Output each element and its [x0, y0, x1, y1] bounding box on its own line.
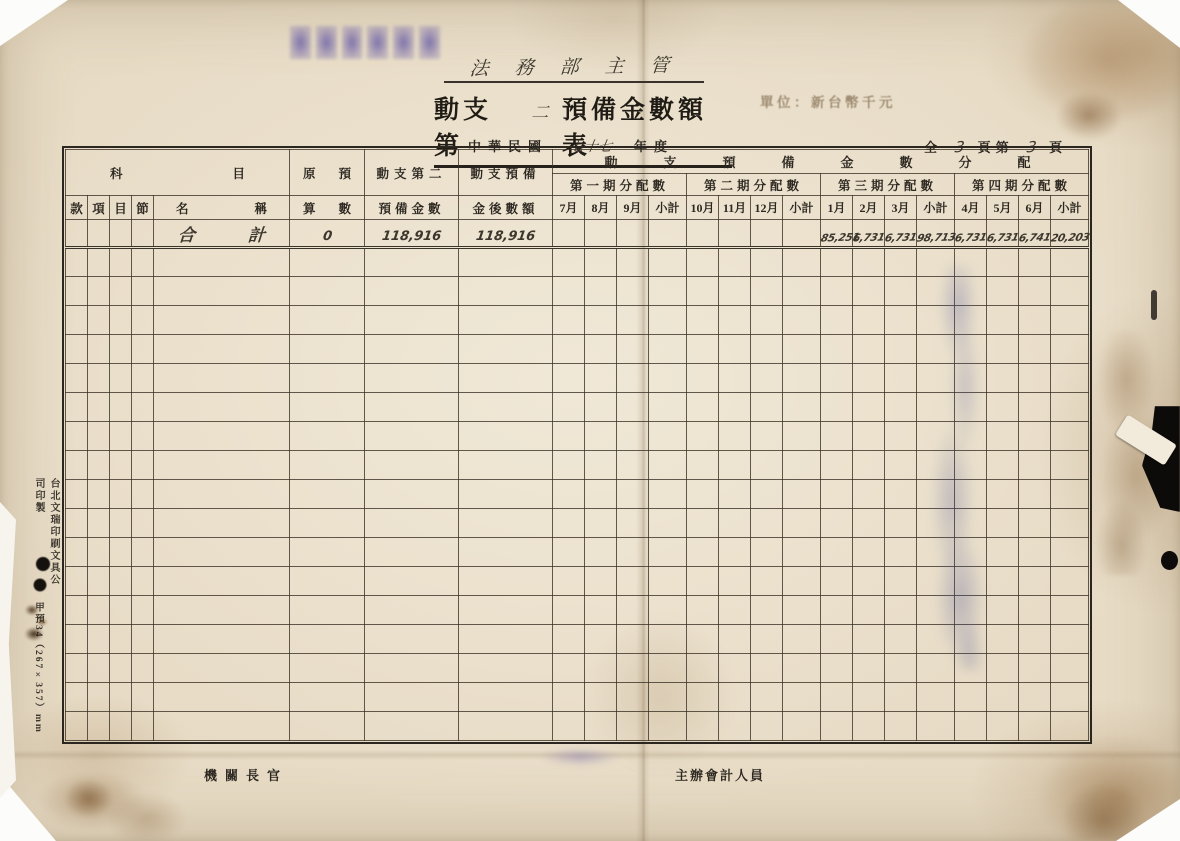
- empty-cell: [132, 248, 154, 277]
- header-row-3: 款 項 目 節 名 稱 算 數: [66, 196, 1089, 220]
- empty-cell: [553, 306, 585, 335]
- empty-cell: [687, 364, 719, 393]
- col-header-jie: 節: [132, 196, 154, 220]
- empty-cell: [821, 509, 853, 538]
- empty-cell: [853, 538, 885, 567]
- empty-cell: [687, 567, 719, 596]
- empty-cell: [687, 625, 719, 654]
- empty-row-3: [66, 306, 1089, 335]
- subject-header-left: 科: [110, 164, 123, 182]
- empty-cell: [751, 509, 783, 538]
- empty-cell: [853, 364, 885, 393]
- empty-cell: [459, 422, 553, 451]
- empty-cell: [459, 277, 553, 306]
- empty-cell: [955, 625, 987, 654]
- empty-cell: [459, 248, 553, 277]
- empty-cell: [687, 277, 719, 306]
- empty-cell: [365, 248, 459, 277]
- empty-cell: [154, 393, 290, 422]
- period-4-header: 第四期分配數: [955, 174, 1089, 196]
- empty-cell: [885, 422, 917, 451]
- period-1-header: 第一期分配數: [553, 174, 687, 196]
- empty-cell: [66, 712, 88, 741]
- empty-cell: [585, 625, 617, 654]
- department-heading: 法務部主管: [444, 52, 704, 83]
- empty-cell: [1019, 567, 1051, 596]
- budget-table-wrapper: 科 目 原 預 動支第二 動支預備 動支預備金數分配 第: [62, 146, 1092, 744]
- empty-cell: [459, 480, 553, 509]
- empty-cell: [154, 596, 290, 625]
- empty-cell: [821, 364, 853, 393]
- empty-cell: [88, 248, 110, 277]
- empty-cell: [821, 335, 853, 364]
- title-number-handwritten: 二: [530, 98, 551, 123]
- empty-cell: [365, 712, 459, 741]
- empty-cell: [365, 480, 459, 509]
- empty-cell: [154, 248, 290, 277]
- period-2-header: 第二期分配數: [687, 174, 821, 196]
- empty-cell: [783, 364, 821, 393]
- empty-cell: [955, 248, 987, 277]
- empty-cell: [88, 596, 110, 625]
- empty-cell: [821, 451, 853, 480]
- empty-cell: [365, 538, 459, 567]
- empty-cell: [617, 480, 649, 509]
- empty-cell: [553, 248, 585, 277]
- handwritten-value: 6,731: [954, 231, 988, 244]
- empty-cell: [783, 422, 821, 451]
- empty-cell: [132, 277, 154, 306]
- empty-cell: [885, 277, 917, 306]
- empty-cell: [987, 538, 1019, 567]
- empty-cell: [649, 654, 687, 683]
- empty-cell: [719, 567, 751, 596]
- empty-cell: [459, 509, 553, 538]
- empty-cell: [821, 654, 853, 683]
- subject-header-cell: 科 目: [66, 150, 290, 196]
- empty-cell: [955, 509, 987, 538]
- empty-cell: [955, 422, 987, 451]
- empty-cell: [365, 277, 459, 306]
- empty-cell: [751, 654, 783, 683]
- empty-cell: [783, 248, 821, 277]
- empty-cell: [553, 277, 585, 306]
- empty-cell: [110, 335, 132, 364]
- empty-cell: [917, 625, 955, 654]
- empty-cell: [751, 306, 783, 335]
- empty-cell: [719, 364, 751, 393]
- empty-cell: [719, 393, 751, 422]
- empty-cell: [66, 625, 88, 654]
- second-reserve-header-top: 動支第二: [365, 150, 459, 196]
- empty-cell: [132, 712, 154, 741]
- empty-cell: [290, 306, 365, 335]
- empty-cell: [88, 567, 110, 596]
- month-header-2: 8月: [585, 196, 617, 220]
- empty-cell: [553, 480, 585, 509]
- empty-cell: [132, 451, 154, 480]
- month-header-14: 5月: [987, 196, 1019, 220]
- original-budget-header-bottom: 算 數: [290, 196, 365, 220]
- empty-cell: [617, 364, 649, 393]
- empty-cell: [132, 422, 154, 451]
- empty-cell: [687, 480, 719, 509]
- empty-cell: [617, 596, 649, 625]
- empty-cell: [987, 683, 1019, 712]
- empty-cell: [751, 451, 783, 480]
- agency-head-signature-label: 機關長官: [204, 765, 288, 784]
- empty-cell: [917, 712, 955, 741]
- empty-cell: [553, 335, 585, 364]
- total-row-month-3: [617, 220, 649, 248]
- empty-cell: [365, 335, 459, 364]
- empty-row-4: [66, 335, 1089, 364]
- empty-cell: [1051, 451, 1089, 480]
- empty-cell: [88, 683, 110, 712]
- second-reserve-header-bottom: 預備金數: [365, 196, 459, 220]
- empty-cell: [365, 393, 459, 422]
- empty-cell: [853, 509, 885, 538]
- empty-cell: [955, 683, 987, 712]
- empty-cell: [853, 422, 885, 451]
- empty-cell: [687, 422, 719, 451]
- empty-cell: [617, 509, 649, 538]
- department-heading-text: 法務部主管: [469, 50, 697, 81]
- empty-cell: [987, 451, 1019, 480]
- empty-cell: [365, 625, 459, 654]
- empty-cell: [290, 596, 365, 625]
- empty-cell: [783, 625, 821, 654]
- empty-cell: [719, 596, 751, 625]
- empty-cell: [821, 712, 853, 741]
- empty-cell: [719, 422, 751, 451]
- empty-cell: [649, 451, 687, 480]
- total-row-code-cell-2: [88, 220, 110, 248]
- empty-cell: [719, 306, 751, 335]
- empty-cell: [853, 625, 885, 654]
- empty-cell: [987, 480, 1019, 509]
- handwritten-value: 118,916: [475, 229, 536, 244]
- original-budget-header-top: 原 預: [290, 150, 365, 196]
- empty-cell: [1051, 683, 1089, 712]
- empty-cell: [617, 248, 649, 277]
- empty-cell: [132, 683, 154, 712]
- empty-cell: [365, 451, 459, 480]
- empty-cell: [649, 393, 687, 422]
- empty-cell: [553, 422, 585, 451]
- empty-cell: [853, 654, 885, 683]
- empty-cell: [751, 538, 783, 567]
- empty-cell: [955, 451, 987, 480]
- total-row-second-reserve: 118,916: [365, 220, 459, 248]
- empty-cell: [783, 306, 821, 335]
- total-row-month-7: [751, 220, 783, 248]
- empty-cell: [783, 451, 821, 480]
- empty-cell: [110, 538, 132, 567]
- handwritten-value: 98,713: [916, 231, 957, 244]
- empty-cell: [649, 683, 687, 712]
- empty-cell: [1019, 712, 1051, 741]
- empty-row-14: [66, 625, 1089, 654]
- empty-row-5: [66, 364, 1089, 393]
- total-row-month-13: 6,731: [955, 220, 987, 248]
- empty-cell: [1019, 480, 1051, 509]
- period-3-header: 第三期分配數: [821, 174, 955, 196]
- month-header-6: 11月: [719, 196, 751, 220]
- empty-cell: [783, 538, 821, 567]
- empty-cell: [553, 509, 585, 538]
- empty-cell: [290, 248, 365, 277]
- empty-cell: [687, 335, 719, 364]
- empty-cell: [585, 683, 617, 712]
- empty-cell: [154, 712, 290, 741]
- empty-cell: [821, 538, 853, 567]
- empty-cell: [88, 335, 110, 364]
- empty-cell: [955, 596, 987, 625]
- empty-cell: [885, 509, 917, 538]
- month-header-7: 12月: [751, 196, 783, 220]
- empty-cell: [821, 393, 853, 422]
- empty-cell: [783, 277, 821, 306]
- empty-cell: [821, 306, 853, 335]
- col-header-mu: 目: [110, 196, 132, 220]
- purple-stamp-illegible: [290, 26, 440, 59]
- empty-cell: [687, 654, 719, 683]
- budget-bottom-right: 數: [339, 199, 352, 217]
- empty-cell: [110, 306, 132, 335]
- empty-cell: [66, 509, 88, 538]
- empty-cell: [1019, 364, 1051, 393]
- month-header-3: 9月: [617, 196, 649, 220]
- empty-cell: [885, 654, 917, 683]
- empty-cell: [459, 306, 553, 335]
- empty-cell: [955, 306, 987, 335]
- empty-cell: [751, 277, 783, 306]
- empty-cell: [853, 248, 885, 277]
- empty-cell: [955, 538, 987, 567]
- empty-cell: [719, 509, 751, 538]
- empty-cell: [585, 538, 617, 567]
- empty-cell: [459, 683, 553, 712]
- empty-row-8: [66, 451, 1089, 480]
- empty-cell: [1019, 683, 1051, 712]
- empty-cell: [617, 712, 649, 741]
- empty-cell: [751, 393, 783, 422]
- empty-row-15: [66, 654, 1089, 683]
- empty-cell: [719, 248, 751, 277]
- empty-cell: [553, 451, 585, 480]
- empty-cell: [290, 625, 365, 654]
- total-row-month-5: [687, 220, 719, 248]
- empty-cell: [88, 393, 110, 422]
- empty-cell: [66, 538, 88, 567]
- empty-cell: [719, 277, 751, 306]
- empty-cell: [917, 277, 955, 306]
- empty-cell: [365, 683, 459, 712]
- empty-row-13: [66, 596, 1089, 625]
- empty-cell: [649, 509, 687, 538]
- empty-cell: [585, 422, 617, 451]
- empty-cell: [917, 393, 955, 422]
- empty-cell: [66, 567, 88, 596]
- empty-cell: [132, 364, 154, 393]
- empty-cell: [649, 335, 687, 364]
- empty-row-2: [66, 277, 1089, 306]
- empty-cell: [917, 480, 955, 509]
- empty-cell: [290, 335, 365, 364]
- empty-cell: [1051, 712, 1089, 741]
- total-row-month-11: 6,731: [885, 220, 917, 248]
- empty-cell: [154, 422, 290, 451]
- empty-cell: [1019, 509, 1051, 538]
- empty-cell: [917, 451, 955, 480]
- empty-cell: [821, 625, 853, 654]
- empty-cell: [885, 393, 917, 422]
- empty-cell: [821, 596, 853, 625]
- empty-cell: [459, 712, 553, 741]
- empty-cell: [365, 422, 459, 451]
- empty-cell: [290, 567, 365, 596]
- empty-cell: [459, 654, 553, 683]
- after-amount-header-top: 動支預備: [459, 150, 553, 196]
- empty-cell: [154, 364, 290, 393]
- empty-cell: [1019, 538, 1051, 567]
- total-row-month-8: [783, 220, 821, 248]
- empty-cell: [88, 451, 110, 480]
- month-header-12: 小計: [917, 196, 955, 220]
- empty-cell: [66, 683, 88, 712]
- empty-cell: [987, 393, 1019, 422]
- empty-cell: [154, 683, 290, 712]
- empty-cell: [783, 596, 821, 625]
- empty-cell: [885, 567, 917, 596]
- total-row-original-budget: 0: [290, 220, 365, 248]
- handwritten-value: 118,916: [381, 229, 442, 244]
- empty-cell: [110, 509, 132, 538]
- empty-cell: [987, 625, 1019, 654]
- empty-cell: [917, 596, 955, 625]
- empty-cell: [132, 596, 154, 625]
- empty-row-16: [66, 683, 1089, 712]
- empty-cell: [290, 480, 365, 509]
- empty-cell: [649, 277, 687, 306]
- empty-cell: [917, 306, 955, 335]
- empty-cell: [987, 277, 1019, 306]
- empty-cell: [66, 480, 88, 509]
- empty-cell: [88, 538, 110, 567]
- total-row-month-14: 6,731: [987, 220, 1019, 248]
- empty-cell: [885, 683, 917, 712]
- empty-cell: [917, 422, 955, 451]
- empty-cell: [885, 480, 917, 509]
- empty-cell: [917, 683, 955, 712]
- empty-cell: [783, 712, 821, 741]
- handwritten-value: 6,731: [884, 231, 918, 244]
- subject-header-right: 目: [233, 164, 246, 182]
- allocation-header: 動支預備金數分配: [553, 150, 1089, 174]
- empty-cell: [585, 248, 617, 277]
- empty-cell: [751, 422, 783, 451]
- header-row-1: 科 目 原 預 動支第二 動支預備 動支預備金數分配: [66, 150, 1089, 174]
- empty-cell: [1019, 654, 1051, 683]
- empty-cell: [917, 335, 955, 364]
- empty-cell: [885, 712, 917, 741]
- empty-cell: [885, 335, 917, 364]
- empty-cell: [110, 712, 132, 741]
- empty-cell: [585, 596, 617, 625]
- empty-cell: [783, 567, 821, 596]
- empty-cell: [88, 277, 110, 306]
- empty-cell: [853, 480, 885, 509]
- empty-cell: [66, 654, 88, 683]
- empty-cell: [687, 509, 719, 538]
- empty-cell: [110, 480, 132, 509]
- empty-cell: [783, 393, 821, 422]
- empty-cell: [459, 538, 553, 567]
- empty-cell: [649, 480, 687, 509]
- empty-cell: [553, 683, 585, 712]
- empty-cell: [783, 335, 821, 364]
- empty-row-17: [66, 712, 1089, 741]
- empty-cell: [649, 422, 687, 451]
- empty-cell: [88, 480, 110, 509]
- after-amount-header-bottom: 金後數額: [459, 196, 553, 220]
- empty-cell: [885, 596, 917, 625]
- empty-cell: [783, 654, 821, 683]
- empty-cell: [1019, 625, 1051, 654]
- total-row-month-4: [649, 220, 687, 248]
- empty-cell: [132, 335, 154, 364]
- empty-cell: [585, 393, 617, 422]
- empty-cell: [821, 248, 853, 277]
- col-header-xiang: 項: [88, 196, 110, 220]
- empty-row-1: [66, 248, 1089, 277]
- empty-cell: [1051, 335, 1089, 364]
- empty-cell: [617, 422, 649, 451]
- empty-cell: [1019, 306, 1051, 335]
- total-row-month-6: [719, 220, 751, 248]
- empty-cell: [553, 393, 585, 422]
- empty-cell: [132, 538, 154, 567]
- empty-cell: [290, 683, 365, 712]
- form-code: 甲預34（267×357）mm: [31, 602, 45, 742]
- empty-cell: [1019, 422, 1051, 451]
- empty-cell: [885, 248, 917, 277]
- empty-cell: [987, 335, 1019, 364]
- handwritten-value: 20,203: [1050, 231, 1091, 244]
- empty-cell: [1051, 480, 1089, 509]
- budget-top-left: 原: [303, 164, 316, 182]
- month-header-13: 4月: [955, 196, 987, 220]
- budget-table: 科 目 原 預 動支第二 動支預備 動支預備金數分配 第: [65, 149, 1089, 741]
- empty-cell: [585, 306, 617, 335]
- scanned-document: 法務部主管 動支第 二 預備金數額表 單位：新台幣千元 中華民國 七十七 年度 …: [0, 0, 1180, 841]
- total-row: 合計0118,916118,91685,2516,7316,73198,7136…: [66, 220, 1089, 248]
- empty-cell: [459, 625, 553, 654]
- empty-cell: [110, 683, 132, 712]
- empty-cell: [885, 364, 917, 393]
- empty-cell: [917, 364, 955, 393]
- empty-cell: [751, 596, 783, 625]
- empty-cell: [853, 306, 885, 335]
- empty-cell: [290, 509, 365, 538]
- chief-accountant-signature-label: 主辦會計人員: [675, 765, 765, 784]
- table-body: 合計0118,916118,91685,2516,7316,73198,7136…: [66, 220, 1089, 741]
- empty-cell: [1051, 625, 1089, 654]
- empty-cell: [617, 335, 649, 364]
- total-row-month-1: [553, 220, 585, 248]
- empty-row-10: [66, 509, 1089, 538]
